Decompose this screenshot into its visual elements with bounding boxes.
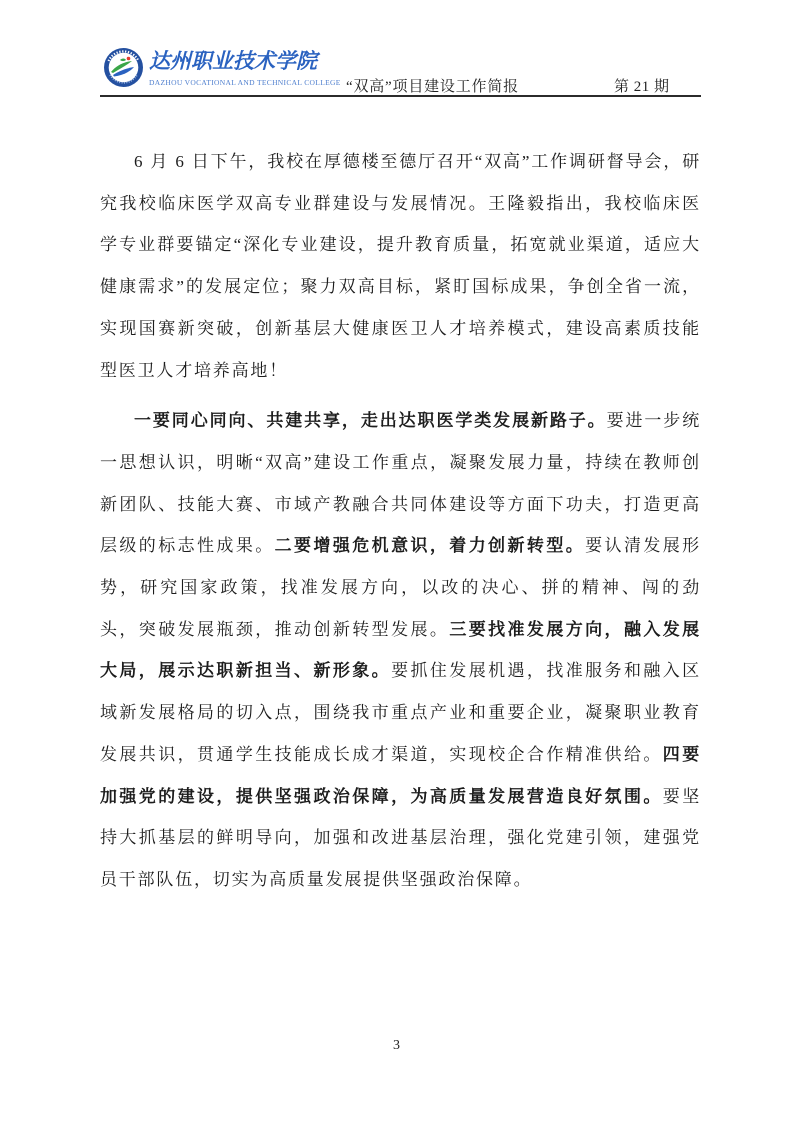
college-name-en: DAZHOU VOCATIONAL AND TECHNICAL COLLEGE [149,78,339,87]
document-page: 达州职业技术学院 DAZHOU VOCATIONAL AND TECHNICAL… [0,0,793,1122]
text-run: 要进一步统一思想认识，明晰“双高”建设工作重点，凝聚发展力量，持续在教师创新团队… [100,411,701,555]
text-run: 6 月 6 日下午，我校在厚德楼至德厅召开“双高”工作调研督导会，研究我校临床医… [100,152,701,380]
college-logo-icon [103,47,144,88]
paragraph: 一要同心同向、共建共享，走出达职医学类发展新路子。要进一步统一思想认识，明晰“双… [100,400,701,900]
page-number: 3 [0,1038,793,1054]
issue-number: 第 21 期 [614,75,670,96]
bold-text-run: 一要同心同向、共建共享，走出达职医学类发展新路子。 [134,411,607,430]
article-body: 6 月 6 日下午，我校在厚德楼至德厅召开“双高”工作调研督导会，研究我校临床医… [100,141,701,901]
college-name-zh: 达州职业技术学院 [149,45,339,75]
page-header: 达州职业技术学院 DAZHOU VOCATIONAL AND TECHNICAL… [0,0,793,100]
paragraph: 6 月 6 日下午，我校在厚德楼至德厅召开“双高”工作调研督导会，研究我校临床医… [100,141,701,391]
college-name-block: 达州职业技术学院 DAZHOU VOCATIONAL AND TECHNICAL… [149,45,339,87]
bold-text-run: 二要增强危机意识，着力创新转型。 [275,536,586,555]
header-divider [100,95,701,97]
bulletin-title: “双高”项目建设工作简报 [346,75,519,96]
